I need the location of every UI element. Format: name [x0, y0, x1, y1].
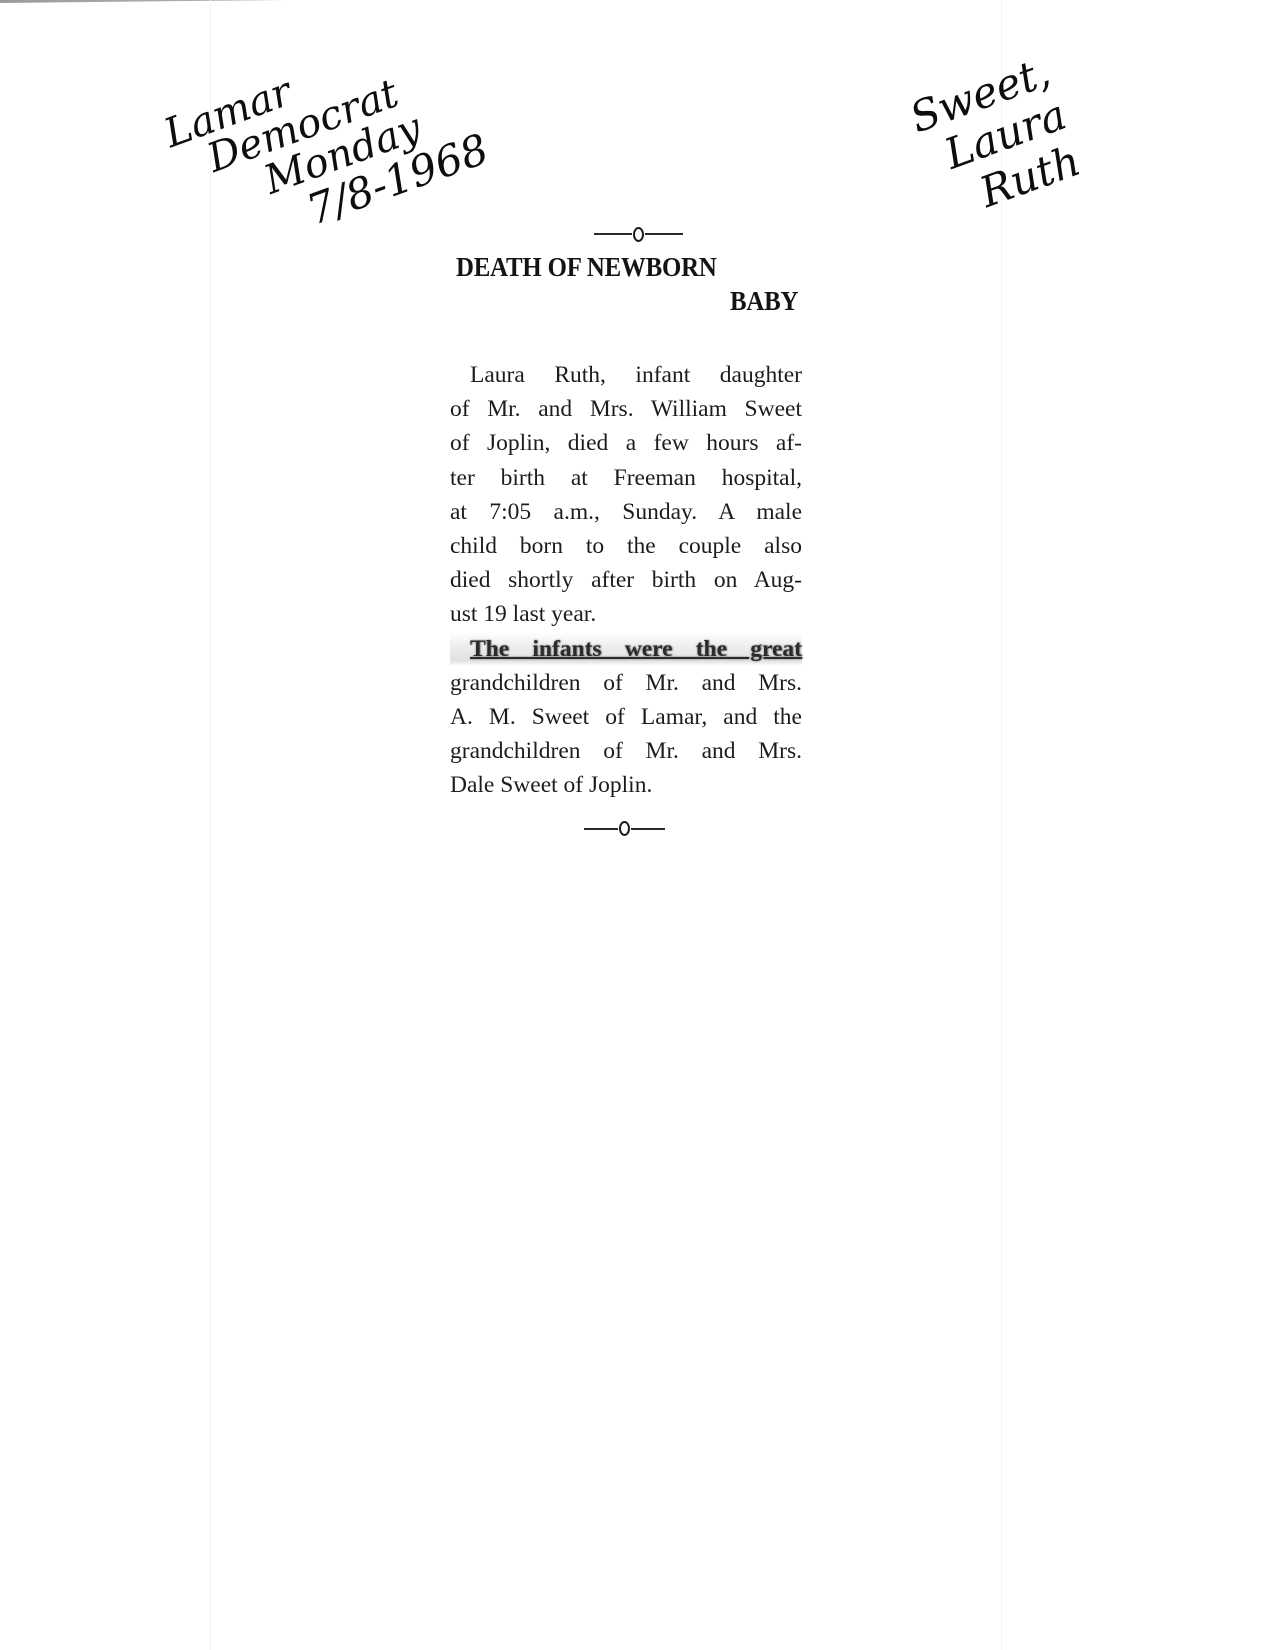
body-line: at 7:05 a.m., Sunday. A male: [450, 495, 802, 529]
clipping-body: Laura Ruth, infant daughter of Mr. and M…: [450, 358, 802, 803]
ornament-ring-icon: [633, 227, 644, 242]
headline-line-1: DEATH OF NEWBORN: [456, 250, 782, 284]
body-line: grandchildren of Mr. and Mrs.: [450, 734, 802, 768]
ornament-ring-icon: [619, 821, 630, 836]
top-ornament-divider: [458, 226, 818, 242]
bottom-ornament-divider: [444, 821, 804, 837]
scan-edge-line: [0, 0, 400, 3]
body-line: ust 19 last year.: [450, 597, 802, 631]
headline-line-2: BABY: [456, 284, 798, 318]
body-line: Laura Ruth, infant daughter: [450, 358, 802, 392]
body-line: ter birth at Freeman hospital,: [450, 461, 802, 495]
handwritten-name-note: Sweet, Laura Ruth: [905, 50, 1088, 227]
body-line: of Joplin, died a few hours af-: [450, 426, 802, 460]
body-line: child born to the couple also: [450, 529, 802, 563]
body-line: Dale Sweet of Joplin.: [450, 768, 802, 802]
scan-fold-line-right: [1001, 0, 1002, 1650]
body-line: A. M. Sweet of Lamar, and the: [450, 700, 802, 734]
body-line: of Mr. and Mrs. William Sweet: [450, 392, 802, 426]
body-line-smudged: The infants were the great: [450, 632, 802, 666]
body-line: grandchildren of Mr. and Mrs.: [450, 666, 802, 700]
clipping-headline: DEATH OF NEWBORN BABY: [456, 250, 782, 318]
newspaper-clipping: DEATH OF NEWBORN BABY Laura Ruth, infant…: [450, 226, 810, 837]
handwritten-source-note: Lamar Democrat Monday 7/8-1968: [150, 15, 494, 272]
body-line: died shortly after birth on Aug-: [450, 563, 802, 597]
